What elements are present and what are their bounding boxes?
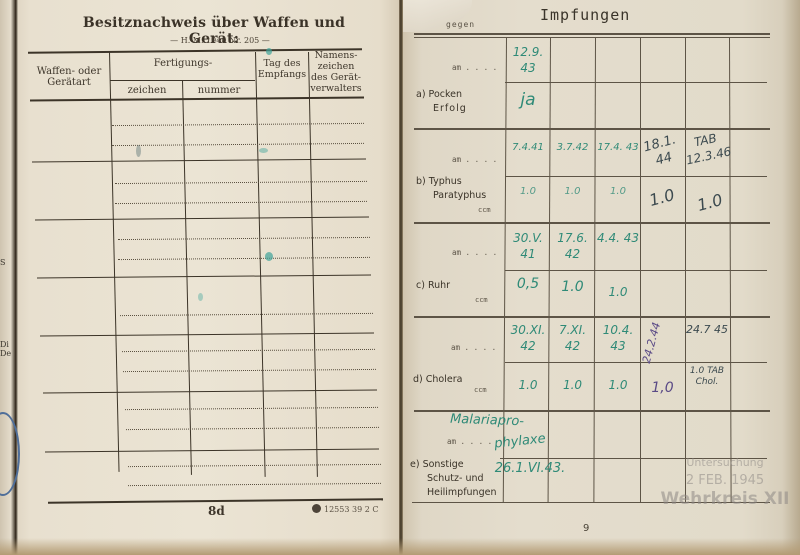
ruhr-ccm-2: 1.0: [550, 279, 595, 295]
header-zeichen: zeichen: [112, 85, 182, 96]
header-tag-des-empfangs: Tag des Empfangs: [256, 58, 308, 80]
ccm-label: ccm: [474, 386, 487, 394]
typhus-date-3: 17.4. 43: [596, 140, 640, 156]
ruhr-date-1: 30.V. 41: [506, 230, 550, 262]
ruhr-ccm-3: 1.0: [596, 284, 640, 300]
left-page-subtitle: — H. M. 1940 Nr. 205 —: [130, 36, 310, 45]
cholera-ccm-5: 1.0 TAB Chol.: [686, 366, 728, 388]
header-fertigungs: Fertigungs-: [112, 58, 254, 69]
ccm-label: ccm: [475, 296, 488, 304]
right-page-title: Impfungen: [540, 6, 630, 24]
section-label-cholera: d) Cholera: [413, 373, 462, 386]
edge-text: DiDe: [0, 340, 11, 358]
typhus-ccm-3: 1.0: [596, 184, 640, 200]
book-spine: [399, 0, 403, 555]
am-label: am . . . .: [452, 155, 497, 164]
typhus-date-1: 7.4.41: [506, 140, 550, 156]
left-page: S DiDe Besitznachweis über Waffen und Ge…: [0, 0, 402, 555]
section-label-erfolg: Erfolg: [433, 102, 467, 115]
header-nummer: nummer: [184, 85, 254, 96]
ruhr-date-2: 17.6. 42: [550, 230, 595, 262]
section-label-pocken: a) Pocken: [416, 88, 462, 101]
cholera-date-5: 24.7 45: [685, 322, 729, 338]
typhus-date-2: 3.7.42: [550, 140, 595, 156]
header-namenszeichen: Namens- zeichen des Gerät- verwalters: [309, 50, 363, 94]
left-page-footer-number: 8d: [208, 504, 225, 518]
ruhr-ccm-1: 0,5: [506, 276, 550, 292]
typhus-ccm-2: 1.0: [550, 184, 595, 200]
ruhr-date-3: 4.4. 43: [596, 230, 640, 246]
cholera-ccm-1: 1.0: [506, 377, 550, 393]
cholera-date-1: 30.XI. 42: [506, 322, 550, 354]
section-label-ruhr: c) Ruhr: [416, 279, 450, 292]
wehrkreis-stamp: Truppenmedizinische Untersuchung 2 FEB. …: [650, 436, 800, 508]
header-waffen: Waffen- oder Gerätart: [30, 66, 108, 88]
section-label-schutz: Schutz- und: [427, 472, 484, 485]
typhus-ccm-1: 1.0: [506, 184, 550, 200]
printer-code: 12553 39 2 C: [312, 504, 378, 514]
am-label: am . . . .: [452, 248, 497, 257]
section-label-heilimpfungen: Heilimpfungen: [427, 486, 496, 499]
cholera-date-3: 10.4. 43: [596, 322, 640, 354]
section-label-sonstige: e) Sonstige: [410, 458, 464, 471]
am-label: am . . . .: [452, 63, 497, 72]
cholera-ccm-2: 1.0: [550, 377, 595, 393]
edge-text: S: [0, 258, 5, 267]
page-bottom-edge: [0, 538, 800, 555]
right-page-number: 9: [583, 523, 589, 534]
section-label-typhus: b) Typhus: [416, 175, 462, 188]
cholera-ccm-4: 1,0: [640, 380, 685, 396]
section-label-paratyphus: Paratyphus: [433, 189, 486, 202]
pocken-erfolg-1: ja: [506, 92, 550, 108]
pocken-date-1: 12.9. 43: [506, 44, 550, 76]
cholera-date-2: 7.XI. 42: [550, 322, 595, 354]
ccm-label: ccm: [478, 206, 491, 214]
am-label: am . . . .: [451, 343, 496, 352]
gegen-label: gegen: [446, 20, 475, 29]
cholera-ccm-3: 1.0: [596, 377, 640, 393]
seal-icon: [312, 504, 321, 513]
sonstige-entry-line3: 26.1.VI.43.: [490, 461, 570, 477]
